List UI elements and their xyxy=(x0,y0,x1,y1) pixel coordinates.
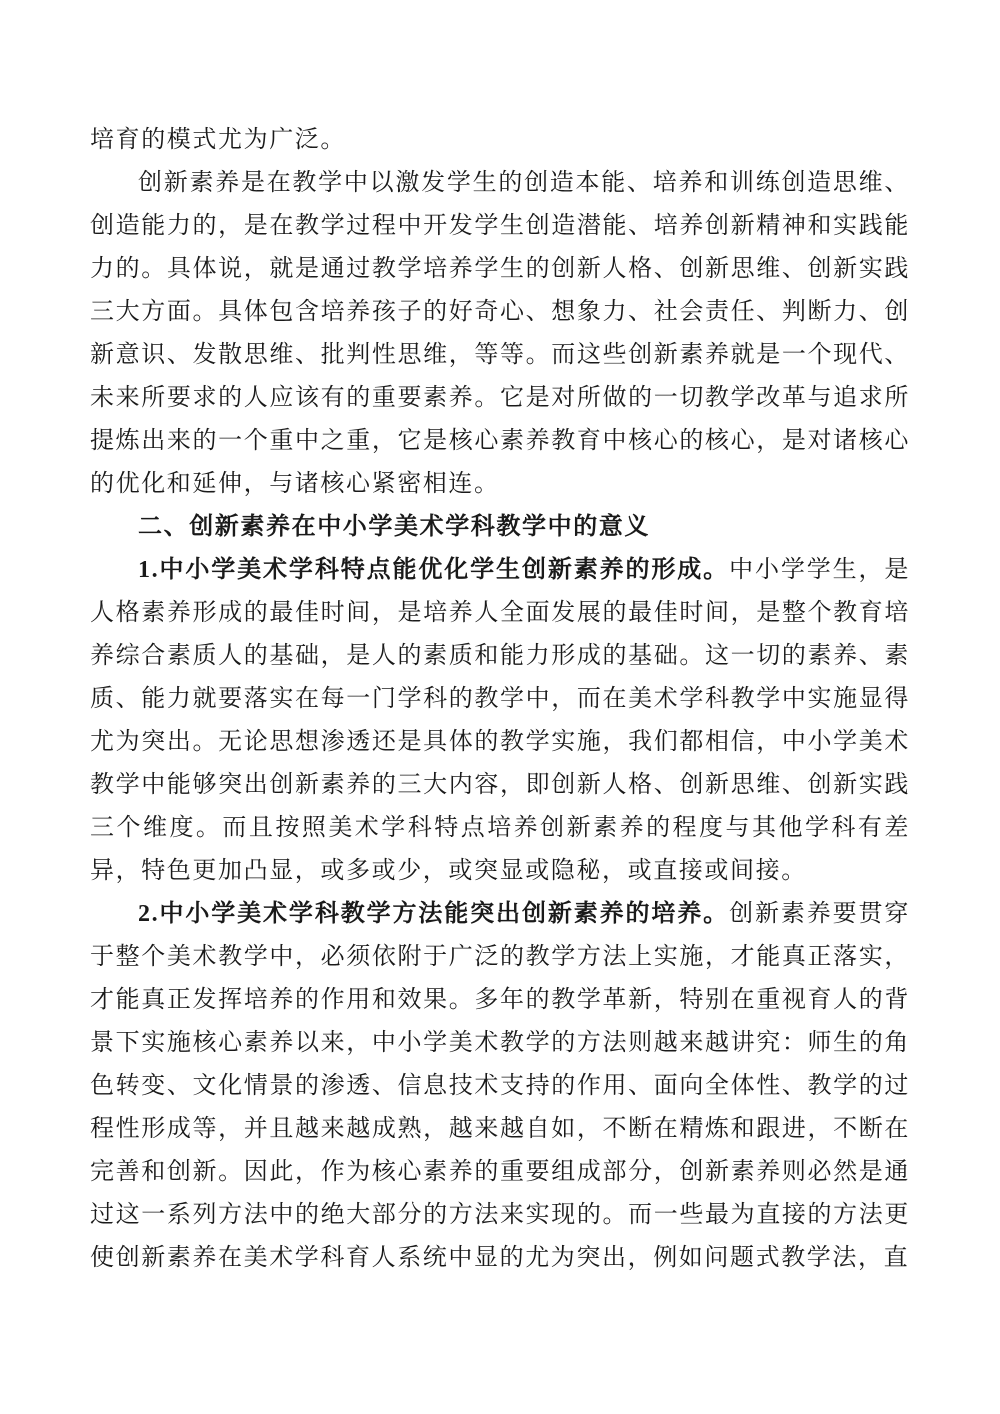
paragraph-continuation: 培育的模式尤为广泛。 xyxy=(90,119,910,162)
section-heading: 二、创新素养在中小学美术学科教学中的意义 xyxy=(90,506,910,549)
document-body: 培育的模式尤为广泛。 创新素养是在教学中以激发学生的创造本能、培养和训练创造思维… xyxy=(90,119,910,1280)
document-page: { "document": { "language": "zh-CN", "pa… xyxy=(0,0,1000,1414)
text-segment: 创新素养是在教学中以激发学生的创造本能、培养和训练创造思维、创造能力的，是在教学… xyxy=(90,170,910,497)
heading-text: 二、创新素养在中小学美术学科教学中的意义 xyxy=(138,514,650,540)
paragraph-point-2: 2.中小学美术学科教学方法能突出创新素养的培养。创新素养要贯穿于整个美术教学中，… xyxy=(90,893,910,1280)
text-segment: 中小学学生，是人格素养形成的最佳时间，是培养人全面发展的最佳时间，是整个教育培养… xyxy=(90,557,910,884)
paragraph-point-1: 1.中小学美术学科特点能优化学生创新素养的形成。中小学学生，是人格素养形成的最佳… xyxy=(90,549,910,893)
paragraph-definition: 创新素养是在教学中以激发学生的创造本能、培养和训练创造思维、创造能力的，是在教学… xyxy=(90,162,910,506)
page: 培育的模式尤为广泛。 创新素养是在教学中以激发学生的创造本能、培养和训练创造思维… xyxy=(0,0,1000,1414)
text-segment: 培育的模式尤为广泛。 xyxy=(90,127,346,153)
text-segment: 创新素养要贯穿于整个美术教学中，必须依附于广泛的教学方法上实施，才能真正落实，才… xyxy=(90,901,910,1271)
point-lead-bold: 2.中小学美术学科教学方法能突出创新素养的培养。 xyxy=(138,901,729,927)
point-lead-bold: 1.中小学美术学科特点能优化学生创新素养的形成。 xyxy=(138,557,729,583)
